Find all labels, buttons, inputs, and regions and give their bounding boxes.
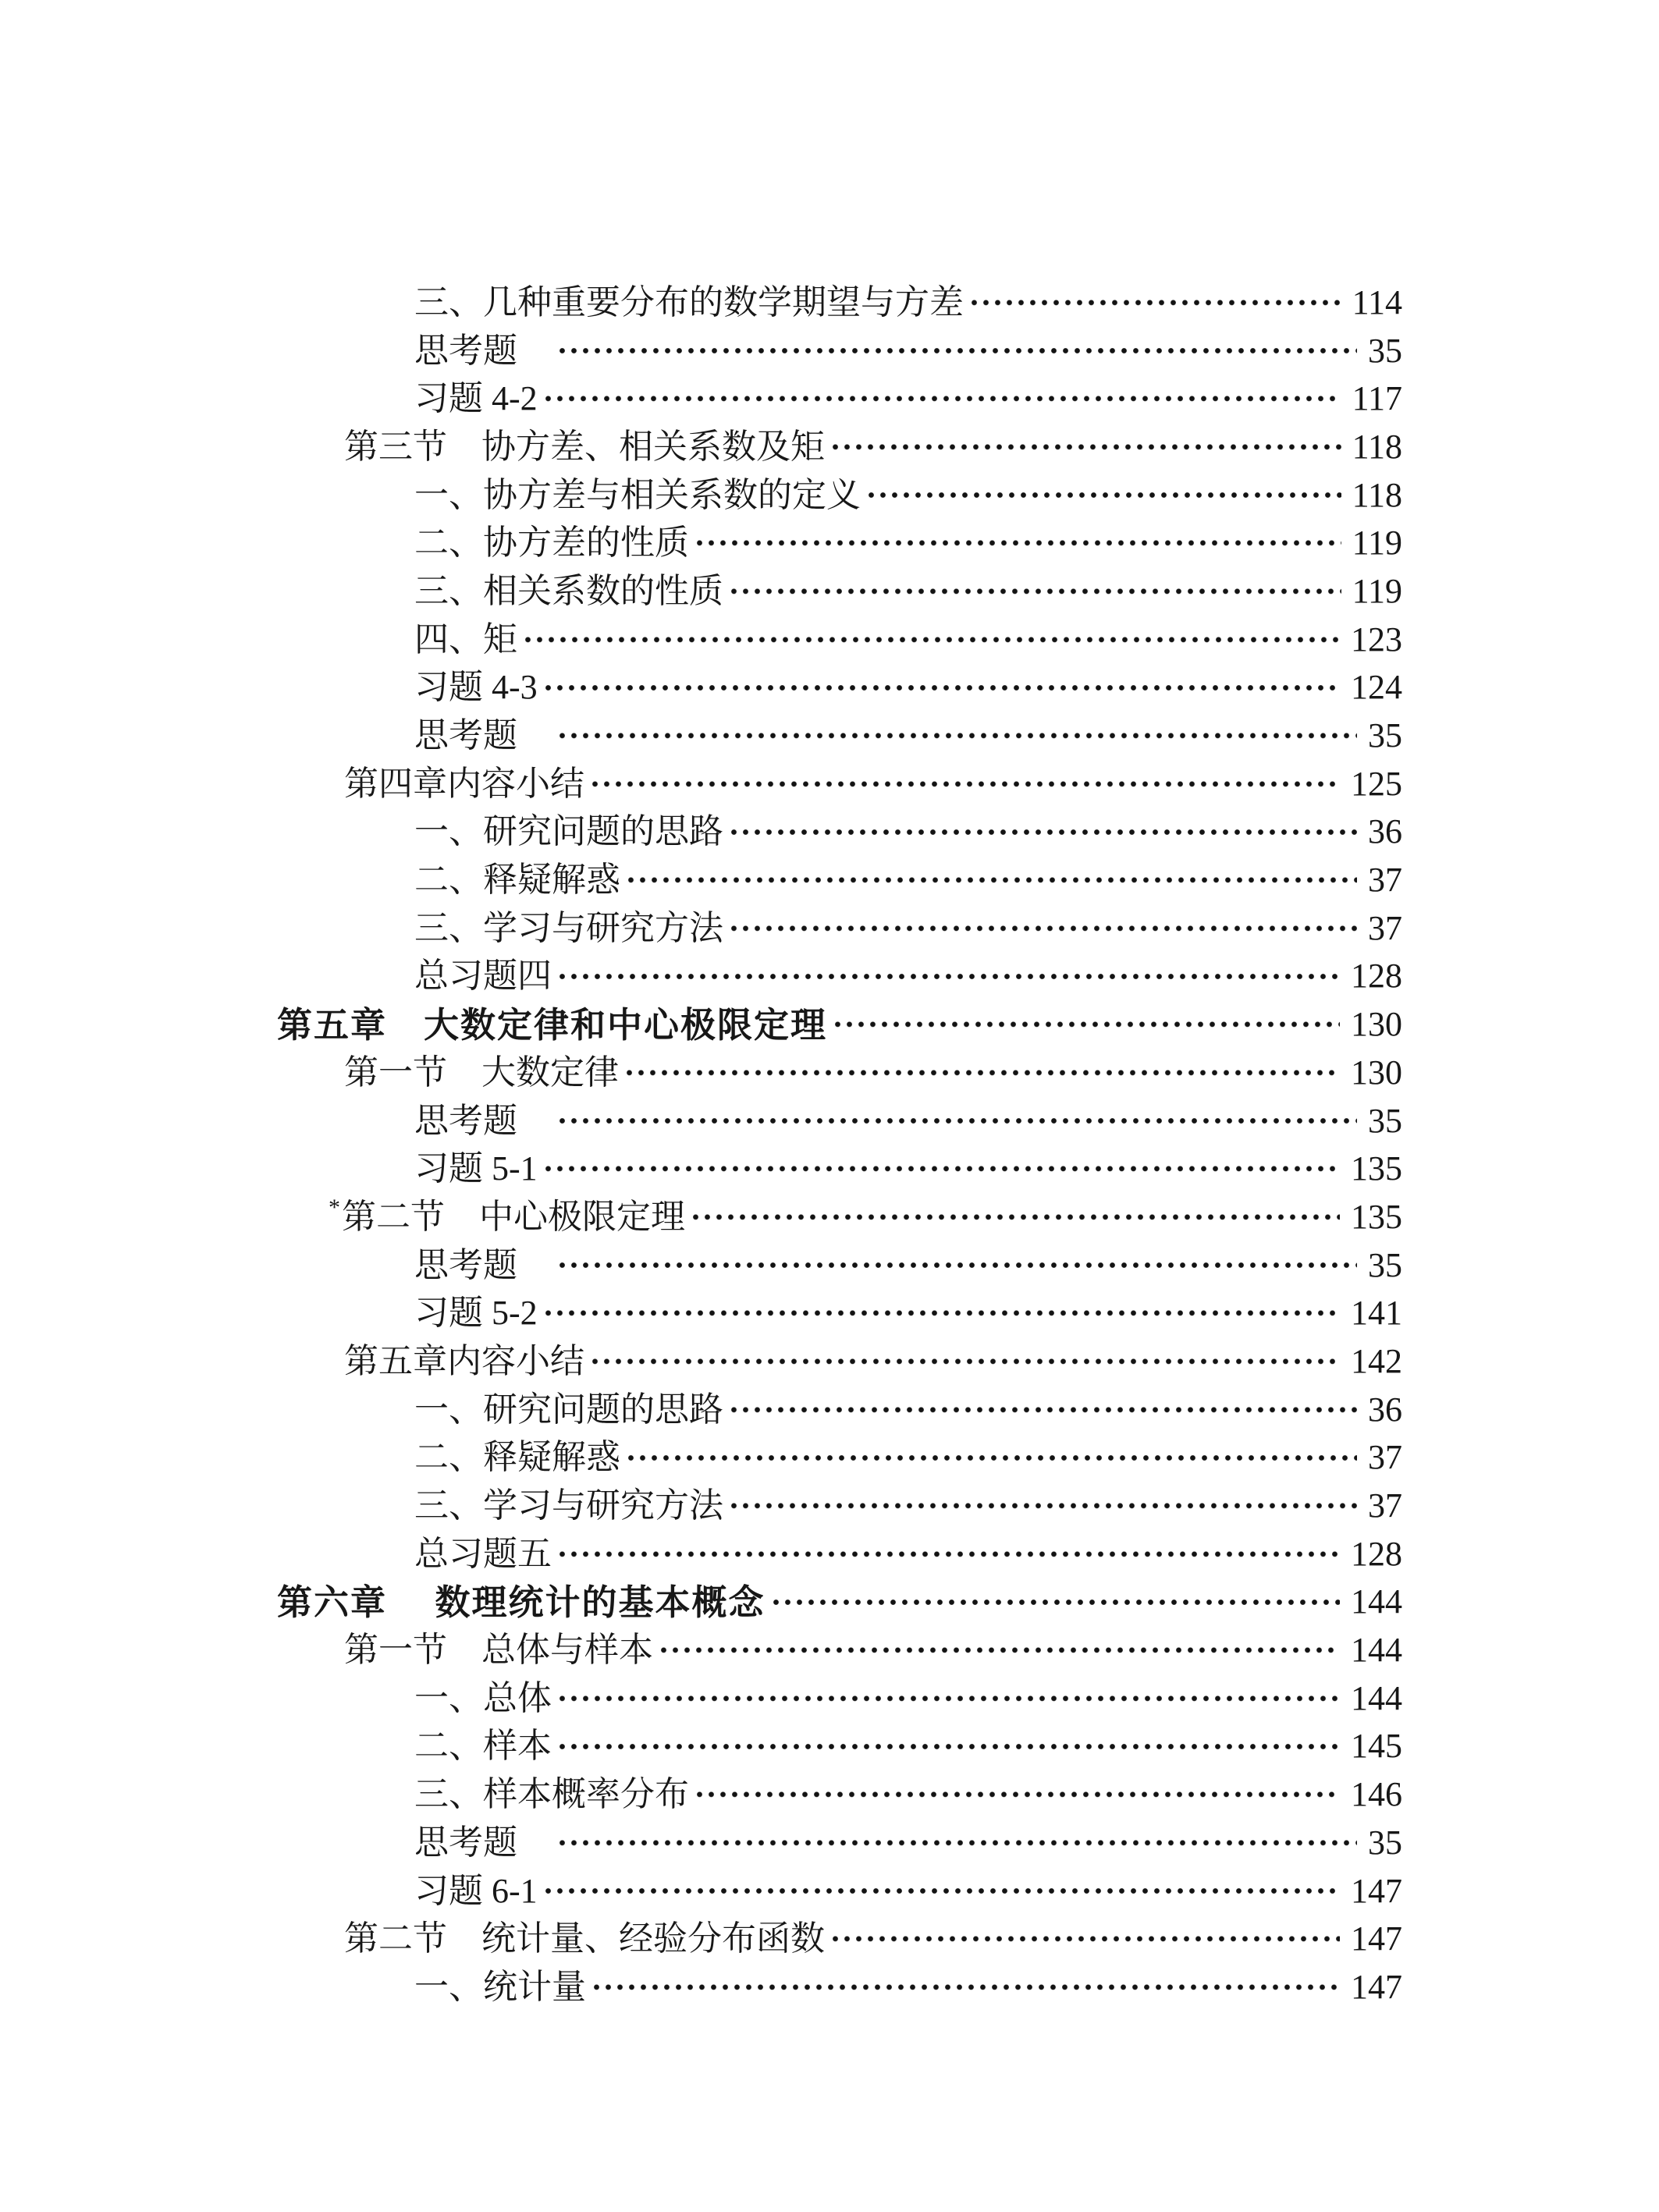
dotted-leader [542, 1867, 1340, 1916]
toc-entry: 一、研究问题的思路36 [277, 808, 1402, 857]
toc-entry: 第一节 大数定律130 [277, 1049, 1402, 1097]
toc-entry: 三、学习与研究方法37 [277, 904, 1402, 953]
dotted-leader [589, 760, 1340, 808]
toc-entry-label: 第一节 总体与样本 [344, 1633, 653, 1667]
dotted-leader [556, 1723, 1340, 1771]
toc-page: 三、几种重要分布的数学期望与方差114思考题 35习题 4-2117第三节 协方… [0, 0, 1659, 2212]
dotted-leader [770, 1578, 1340, 1627]
toc-entry: 二、协方差的性质119 [277, 519, 1402, 567]
dotted-leader [522, 616, 1340, 664]
dotted-leader [829, 423, 1341, 471]
toc-entry: 第一节 总体与样本144 [277, 1626, 1402, 1674]
toc-entry: 一、统计量147 [277, 1963, 1402, 2011]
toc-entry-page: 146 [1351, 1777, 1402, 1812]
toc-entry-page: 36 [1368, 1393, 1402, 1427]
toc-entry: 思考题 35 [277, 327, 1402, 375]
toc-entry-page: 147 [1351, 1874, 1402, 1908]
toc-entry-page: 37 [1368, 1489, 1402, 1523]
toc-entry-label: 三、相关系数的性质 [414, 574, 723, 609]
toc-entry-page: 35 [1368, 1826, 1402, 1860]
toc-entry-page: 118 [1352, 478, 1402, 513]
toc-entry-label: 二、样本 [414, 1729, 552, 1763]
toc-entry-page: 124 [1351, 670, 1402, 705]
toc-entry: 三、学习与研究方法37 [277, 1482, 1402, 1530]
toc-entry-label: 二、协方差的性质 [414, 526, 689, 560]
toc-entry-page: 114 [1352, 286, 1402, 320]
dotted-leader [542, 1145, 1340, 1193]
toc-entry-label: 习题 5-2 [414, 1296, 538, 1330]
toc-entry: 二、释疑解惑37 [277, 856, 1402, 904]
toc-entry: *第二节 中心极限定理135 [277, 1193, 1402, 1241]
toc-entry-page: 35 [1368, 1248, 1402, 1283]
toc-entry-label: 第三节 协方差、相关系数及矩 [344, 430, 825, 464]
dotted-leader [589, 1337, 1340, 1386]
dotted-leader [968, 279, 1341, 327]
toc-entry-label: 二、释疑解惑 [414, 863, 620, 897]
toc-entry: 三、相关系数的性质119 [277, 567, 1402, 616]
toc-entry-label: 总习题四 [414, 959, 552, 993]
dotted-leader [865, 471, 1341, 520]
toc-entry-label: 第二节 统计量、经验分布函数 [344, 1922, 825, 1956]
toc-entry: 四、矩123 [277, 616, 1402, 664]
toc-entry: 第四章内容小结125 [277, 760, 1402, 808]
toc-entry-page: 135 [1351, 1200, 1402, 1234]
toc-entry: 一、研究问题的思路36 [277, 1386, 1402, 1434]
toc-entry: 习题 5-2141 [277, 1289, 1402, 1337]
toc-entry: 一、协方差与相关系数的定义118 [277, 471, 1402, 520]
toc-entry: 习题 4-2117 [277, 375, 1402, 423]
dotted-leader [728, 1482, 1357, 1530]
toc-entry-label: 第五章内容小结 [344, 1344, 584, 1379]
optional-section-star: * [329, 1196, 340, 1220]
toc-entry-page: 142 [1351, 1344, 1402, 1379]
toc-entry-label: 三、学习与研究方法 [414, 1489, 723, 1523]
dotted-leader [556, 1819, 1357, 1867]
toc-entry-page: 125 [1351, 767, 1402, 801]
toc-list: 三、几种重要分布的数学期望与方差114思考题 35习题 4-2117第三节 协方… [277, 279, 1402, 2011]
dotted-leader [623, 1049, 1340, 1097]
toc-entry: 总习题五128 [277, 1530, 1402, 1578]
toc-entry-label: 总习题五 [414, 1537, 552, 1571]
toc-entry-page: 141 [1351, 1296, 1402, 1330]
toc-entry-label: 三、几种重要分布的数学期望与方差 [414, 286, 964, 320]
toc-entry: 习题 5-1135 [277, 1145, 1402, 1193]
dotted-leader [556, 1530, 1340, 1578]
toc-entry-label: 第六章 数理统计的基本概念 [277, 1585, 766, 1620]
dotted-leader [625, 1434, 1357, 1482]
dotted-leader [556, 1674, 1340, 1723]
toc-entry-page: 119 [1352, 574, 1402, 609]
toc-entry: 第六章 数理统计的基本概念144 [277, 1578, 1402, 1627]
toc-entry: 第三节 协方差、相关系数及矩118 [277, 423, 1402, 471]
toc-entry: 总习题四128 [277, 953, 1402, 1001]
toc-entry: 思考题 35 [277, 1241, 1402, 1290]
toc-entry: 第五章 大数定律和中心极限定理130 [277, 1000, 1402, 1049]
toc-entry-page: 135 [1351, 1152, 1402, 1186]
toc-entry-label: 思考题 [414, 719, 552, 753]
dotted-leader [728, 808, 1357, 857]
dotted-leader [829, 1915, 1340, 1963]
toc-entry-label: 习题 5-1 [414, 1152, 538, 1186]
dotted-leader [556, 327, 1357, 375]
dotted-leader [542, 375, 1341, 423]
toc-entry-page: 35 [1368, 1104, 1402, 1138]
dotted-leader [556, 712, 1357, 760]
toc-entry: 第五章内容小结142 [277, 1337, 1402, 1386]
toc-entry-label: 习题 4-2 [414, 382, 538, 416]
toc-entry-label: 一、研究问题的思路 [414, 815, 723, 849]
toc-entry-label: 第五章 大数定律和中心极限定理 [277, 1007, 827, 1042]
toc-entry-page: 128 [1351, 959, 1402, 993]
toc-entry: 一、总体144 [277, 1674, 1402, 1723]
toc-entry-page: 37 [1368, 1440, 1402, 1475]
dotted-leader [658, 1626, 1340, 1674]
toc-entry-page: 119 [1352, 526, 1402, 560]
toc-entry: 三、样本概率分布146 [277, 1770, 1402, 1819]
toc-entry: 思考题 35 [277, 1097, 1402, 1145]
toc-entry-label: 三、样本概率分布 [414, 1777, 689, 1812]
toc-entry-page: 118 [1352, 430, 1402, 464]
dotted-leader [728, 904, 1357, 953]
toc-entry-page: 144 [1351, 1681, 1402, 1716]
toc-entry-label: 一、研究问题的思路 [414, 1393, 723, 1427]
toc-entry-page: 117 [1352, 382, 1402, 416]
toc-entry-page: 147 [1351, 1970, 1402, 2004]
toc-entry-label: 四、矩 [414, 623, 517, 657]
toc-entry-page: 144 [1351, 1585, 1402, 1619]
toc-entry-page: 37 [1368, 863, 1402, 897]
toc-entry-label: 习题 4-3 [414, 670, 538, 705]
toc-entry-page: 130 [1351, 1007, 1402, 1042]
toc-entry-page: 123 [1351, 623, 1402, 657]
toc-entry-label: 思考题 [414, 1104, 552, 1138]
dotted-leader [542, 664, 1340, 712]
toc-entry-page: 130 [1351, 1056, 1402, 1090]
dotted-leader [694, 519, 1341, 567]
toc-entry-label: 思考题 [414, 1248, 552, 1283]
toc-entry: 三、几种重要分布的数学期望与方差114 [277, 279, 1402, 327]
toc-entry: 习题 4-3124 [277, 664, 1402, 712]
toc-entry-label: 思考题 [414, 334, 552, 368]
toc-entry-page: 35 [1368, 719, 1402, 753]
toc-entry-label: 三、学习与研究方法 [414, 911, 723, 946]
toc-entry-page: 36 [1368, 815, 1402, 849]
toc-entry: 二、样本145 [277, 1723, 1402, 1771]
toc-entry-label: 一、总体 [414, 1681, 552, 1716]
toc-entry-label: 第二节 中心极限定理 [342, 1200, 685, 1234]
dotted-leader [556, 953, 1340, 1001]
dotted-leader [556, 1097, 1357, 1145]
dotted-leader [690, 1193, 1340, 1241]
toc-entry-page: 145 [1351, 1729, 1402, 1763]
dotted-leader [832, 1000, 1340, 1049]
toc-entry: 思考题 35 [277, 1819, 1402, 1867]
dotted-leader [591, 1963, 1340, 2011]
toc-entry: 思考题 35 [277, 712, 1402, 760]
toc-entry: 习题 6-1147 [277, 1867, 1402, 1916]
toc-entry-label: 第四章内容小结 [344, 767, 584, 801]
toc-entry-label: 习题 6-1 [414, 1874, 538, 1908]
dotted-leader [694, 1770, 1340, 1819]
toc-entry-label: 一、统计量 [414, 1970, 586, 2004]
toc-entry: 二、释疑解惑37 [277, 1434, 1402, 1482]
toc-entry-label: 一、协方差与相关系数的定义 [414, 478, 861, 513]
dotted-leader [542, 1289, 1340, 1337]
toc-entry-label: 第一节 大数定律 [344, 1056, 619, 1090]
dotted-leader [556, 1241, 1357, 1290]
toc-entry-page: 37 [1368, 911, 1402, 946]
toc-entry-label: 二、释疑解惑 [414, 1440, 620, 1475]
dotted-leader [728, 567, 1341, 616]
toc-entry-page: 144 [1351, 1633, 1402, 1667]
toc-entry-label: 思考题 [414, 1826, 552, 1860]
toc-entry-page: 128 [1351, 1537, 1402, 1571]
toc-entry: 第二节 统计量、经验分布函数147 [277, 1915, 1402, 1963]
dotted-leader [625, 856, 1357, 904]
dotted-leader [728, 1386, 1357, 1434]
toc-entry-page: 147 [1351, 1922, 1402, 1956]
toc-entry-page: 35 [1368, 334, 1402, 368]
